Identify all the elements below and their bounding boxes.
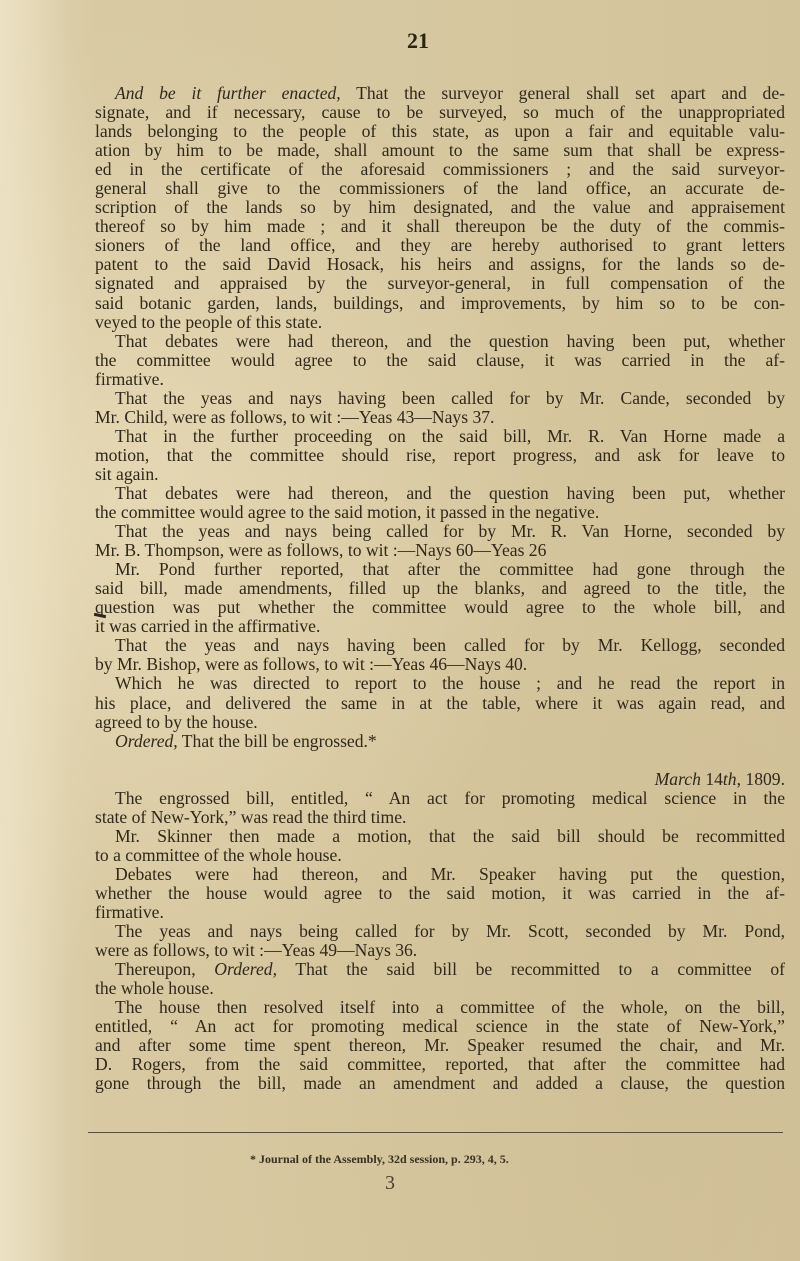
text-line-content: Mr. Child, were as follows, to wit :—Yea…: [95, 407, 494, 427]
text-line-content: That the yeas and nays being called for …: [115, 521, 785, 541]
text-line-content: entitled, “ An act for promoting medical…: [95, 1016, 785, 1036]
blank-line: [95, 751, 785, 770]
document-page: 21 And be it further enacted, That the s…: [0, 0, 800, 1261]
text-line-content: ed in the certificate of the aforesaid c…: [95, 159, 785, 179]
text-line: Mr. Skinner then made a motion, that the…: [95, 827, 785, 846]
paragraphs-part-1: And be it further enacted, That the surv…: [95, 84, 785, 751]
text-line: whether the house would agree to the sai…: [95, 884, 785, 903]
text-line-content: That the surveyor general shall set apar…: [341, 83, 785, 103]
text-line-content: firmative.: [95, 369, 164, 389]
text-line: signate, and if necessary, cause to be s…: [95, 103, 785, 122]
text-line-content: were as follows, to wit :—Yeas 49—Nays 3…: [95, 940, 417, 960]
text-line: firmative.: [95, 903, 785, 922]
text-line-content: the whole house.: [95, 978, 214, 998]
text-line: ation by him to be made, shall amount to…: [95, 141, 785, 160]
text-line-content: sioners of the land office, and they are…: [95, 235, 785, 255]
page-number: 21: [400, 28, 436, 54]
text-line-content: D. Rogers, from the said committee, repo…: [95, 1054, 785, 1074]
dateline-month: March: [655, 769, 701, 789]
text-line: were as follows, to wit :—Yeas 49—Nays 3…: [95, 941, 785, 960]
text-line: Debates were had thereon, and Mr. Speake…: [95, 865, 785, 884]
dateline-year: , 1809.: [737, 769, 785, 789]
text-line: Thereupon, Ordered, That the said bill b…: [95, 960, 785, 979]
text-line-content: veyed to the people of this state.: [95, 312, 322, 332]
text-line-content: it was carried in the affirmative.: [95, 616, 320, 636]
text-line-content: That the said bill be recommitted to a c…: [277, 959, 785, 979]
text-line-content: That debates were had thereon, and the q…: [115, 331, 785, 351]
text-line: And be it further enacted, That the surv…: [95, 84, 785, 103]
text-line-content: Debates were had thereon, and Mr. Speake…: [115, 864, 785, 884]
text-line-content: That the yeas and nays having been calle…: [115, 635, 785, 655]
text-line: thereof so by him made ; and it shall th…: [95, 217, 785, 236]
text-line-content: the committee would agree to the said cl…: [95, 350, 785, 370]
signature-mark: 3: [385, 1172, 395, 1195]
text-line-content: patent to the said David Hosack, his hei…: [95, 254, 785, 274]
italic-phrase: Ordered,: [115, 731, 178, 751]
text-line: veyed to the people of this state.: [95, 313, 785, 332]
text-line-content: gone through the bill, made an amendment…: [95, 1073, 785, 1093]
text-line: the whole house.: [95, 979, 785, 998]
footnote-divider: [88, 1132, 783, 1133]
text-line-content: question was put whether the committee w…: [95, 597, 785, 617]
text-line: patent to the said David Hosack, his hei…: [95, 255, 785, 274]
text-line: Which he was directed to report to the h…: [95, 674, 785, 693]
text-line: state of New-York,” was read the third t…: [95, 808, 785, 827]
text-line: motion, that the committee should rise, …: [95, 446, 785, 465]
body-text: And be it further enacted, That the surv…: [95, 84, 785, 1093]
footnote: * Journal of the Assembly, 32d session, …: [250, 1152, 509, 1167]
dateline: March 14th, 1809.: [95, 770, 785, 789]
text-line: the committee would agree to the said cl…: [95, 351, 785, 370]
text-line-content: Mr. Skinner then made a motion, that the…: [115, 826, 785, 846]
text-line-content: firmative.: [95, 902, 164, 922]
text-line-content: state of New-York,” was read the third t…: [95, 807, 406, 827]
text-line-content: by Mr. Bishop, were as follows, to wit :…: [95, 654, 527, 674]
text-line-content: to a committee of the whole house.: [95, 845, 342, 865]
text-line: it was carried in the affirmative.: [95, 617, 785, 636]
text-line: Mr. Child, were as follows, to wit :—Yea…: [95, 408, 785, 427]
text-line: the committee would agree to the said mo…: [95, 503, 785, 522]
text-line-content: signated and appraised by the surveyor-g…: [95, 273, 785, 293]
text-line-content: general shall give to the commissioners …: [95, 178, 785, 198]
text-line: The house then resolved itself into a co…: [95, 998, 785, 1017]
dateline-day-suffix: th: [723, 769, 737, 789]
text-line: Mr. B. Thompson, were as follows, to wit…: [95, 541, 785, 560]
text-line-content: The house then resolved itself into a co…: [115, 997, 785, 1017]
dateline-day: 14: [701, 769, 723, 789]
text-line: his place, and delivered the same in at …: [95, 694, 785, 713]
text-line: said bill, made amendments, filled up th…: [95, 579, 785, 598]
text-line: entitled, “ An act for promoting medical…: [95, 1017, 785, 1036]
text-line-content: Mr. B. Thompson, were as follows, to wit…: [95, 540, 546, 560]
text-line: gone through the bill, made an amendment…: [95, 1074, 785, 1093]
text-line-content: agreed to by the house.: [95, 712, 258, 732]
text-line-content: said botanic garden, lands, buildings, a…: [95, 293, 785, 313]
text-line: lands belonging to the people of this st…: [95, 122, 785, 141]
text-line: ed in the certificate of the aforesaid c…: [95, 160, 785, 179]
text-line: The engrossed bill, entitled, “ An act f…: [95, 789, 785, 808]
text-line: sioners of the land office, and they are…: [95, 236, 785, 255]
text-line-content: That the bill be engrossed.*: [178, 731, 377, 751]
text-line: by Mr. Bishop, were as follows, to wit :…: [95, 655, 785, 674]
paragraphs-part-2: The engrossed bill, entitled, “ An act f…: [95, 789, 785, 1094]
text-line-content: Which he was directed to report to the h…: [115, 673, 785, 693]
text-line: That debates were had thereon, and the q…: [95, 484, 785, 503]
text-line-prefix: Thereupon,: [115, 959, 214, 979]
text-line-content: thereof so by him made ; and it shall th…: [95, 216, 785, 236]
text-line-content: ation by him to be made, shall amount to…: [95, 140, 785, 160]
italic-phrase: And be it further enacted,: [115, 83, 341, 103]
text-line: The yeas and nays being called for by Mr…: [95, 922, 785, 941]
binding-gutter: [0, 0, 70, 1261]
text-line-content: That debates were had thereon, and the q…: [115, 483, 785, 503]
text-line-content: The engrossed bill, entitled, “ An act f…: [115, 788, 785, 808]
text-line-content: Mr. Pond further reported, that after th…: [115, 559, 785, 579]
text-line-content: That in the further proceeding on the sa…: [115, 426, 785, 446]
text-line: That the yeas and nays being called for …: [95, 522, 785, 541]
text-line-content: and after some time spent thereon, Mr. S…: [95, 1035, 785, 1055]
text-line-content: said bill, made amendments, filled up th…: [95, 578, 785, 598]
text-line: general shall give to the commissioners …: [95, 179, 785, 198]
text-line: said botanic garden, lands, buildings, a…: [95, 294, 785, 313]
text-line-content: the committee would agree to the said mo…: [95, 502, 599, 522]
text-line: to a committee of the whole house.: [95, 846, 785, 865]
text-line: That the yeas and nays having been calle…: [95, 389, 785, 408]
text-line-content: The yeas and nays being called for by Mr…: [115, 921, 785, 941]
text-line-content: sit again.: [95, 464, 159, 484]
text-line: sit again.: [95, 465, 785, 484]
italic-phrase: Ordered,: [214, 959, 277, 979]
text-line-content: That the yeas and nays having been calle…: [115, 388, 785, 408]
text-line: question was put whether the committee w…: [95, 598, 785, 617]
text-line: That in the further proceeding on the sa…: [95, 427, 785, 446]
text-line-content: lands belonging to the people of this st…: [95, 121, 785, 141]
text-line: and after some time spent thereon, Mr. S…: [95, 1036, 785, 1055]
text-line: D. Rogers, from the said committee, repo…: [95, 1055, 785, 1074]
text-line: That the yeas and nays having been calle…: [95, 636, 785, 655]
text-line: Mr. Pond further reported, that after th…: [95, 560, 785, 579]
text-line-content: scription of the lands so by him designa…: [95, 197, 785, 217]
text-line-content: whether the house would agree to the sai…: [95, 883, 785, 903]
text-line-content: motion, that the committee should rise, …: [95, 445, 785, 465]
text-line: agreed to by the house.: [95, 713, 785, 732]
text-line: Ordered, That the bill be engrossed.*: [95, 732, 785, 751]
text-line: signated and appraised by the surveyor-g…: [95, 274, 785, 293]
text-line-content: his place, and delivered the same in at …: [95, 693, 785, 713]
text-line: scription of the lands so by him designa…: [95, 198, 785, 217]
text-line: firmative.: [95, 370, 785, 389]
text-line-content: signate, and if necessary, cause to be s…: [95, 102, 785, 122]
text-line: That debates were had thereon, and the q…: [95, 332, 785, 351]
